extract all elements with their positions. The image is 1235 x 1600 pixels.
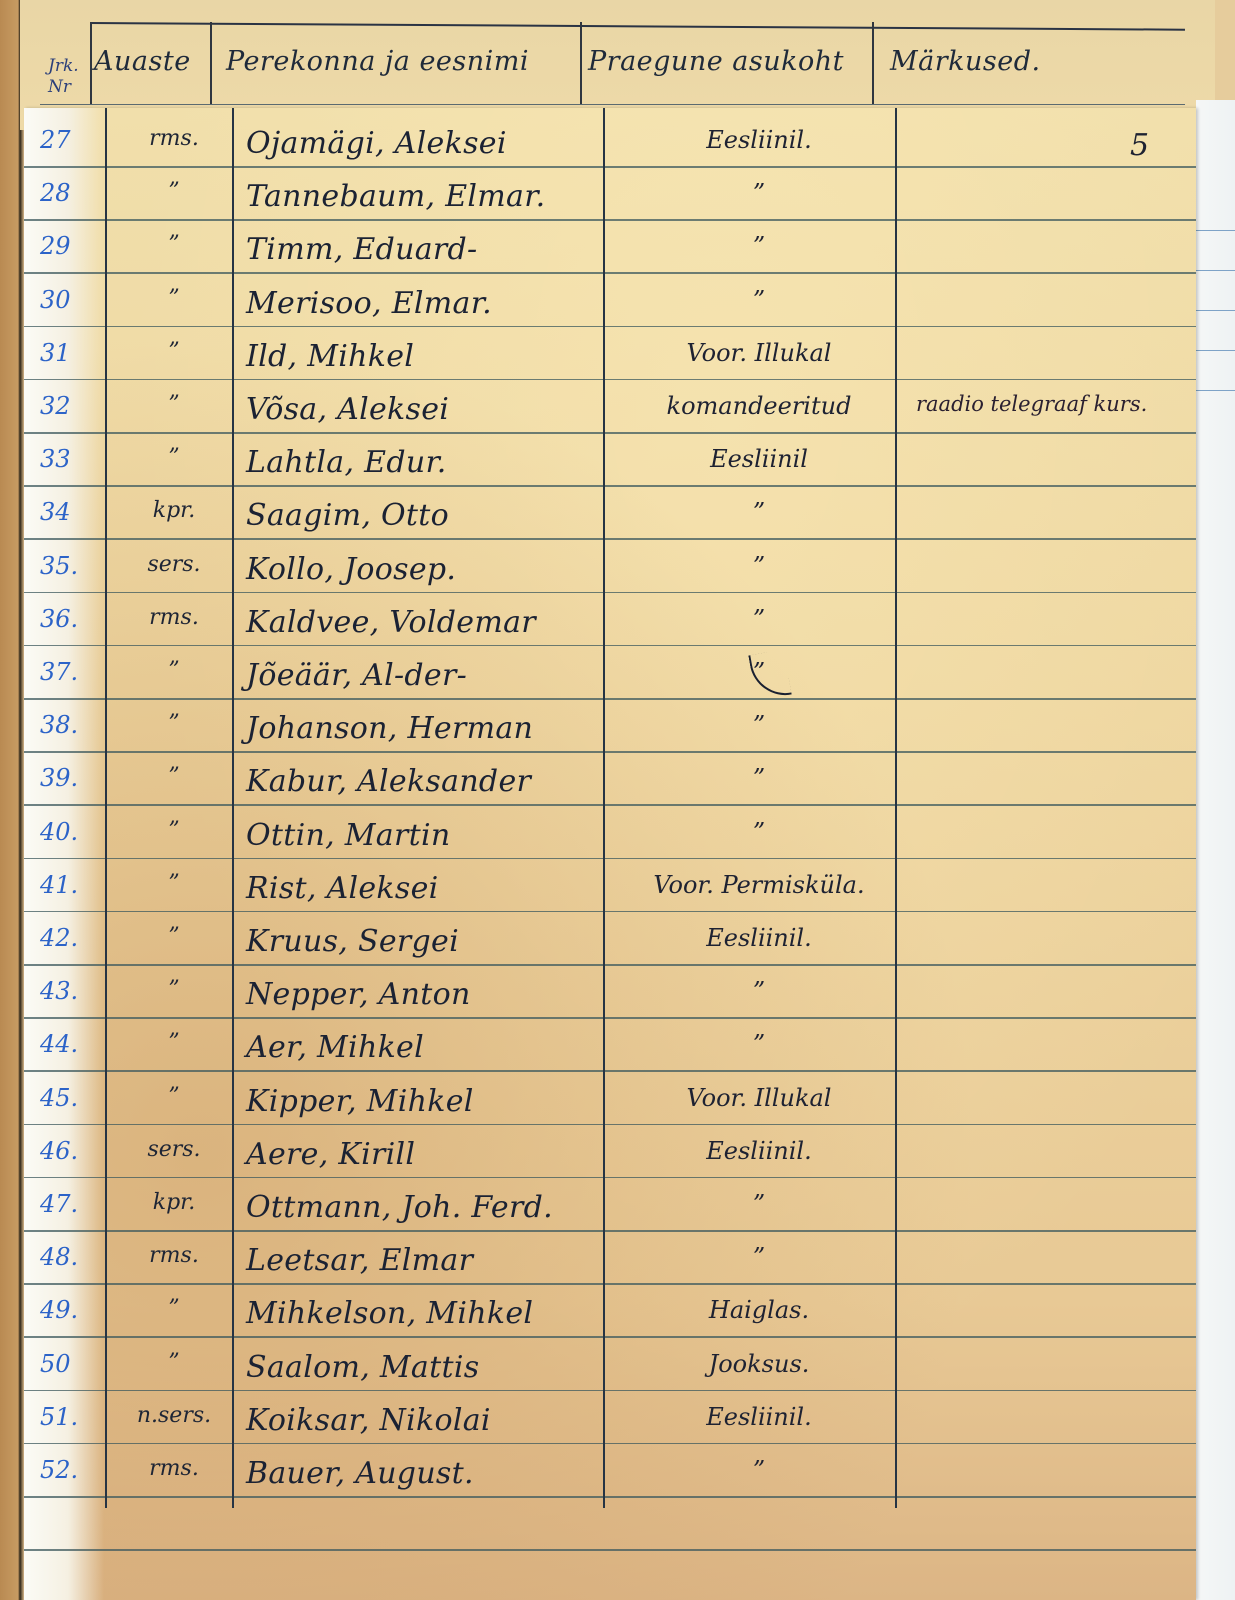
row-number: 30 bbox=[40, 286, 100, 314]
location-cell: Voor. Illukal bbox=[624, 339, 894, 367]
location-cell: ” bbox=[624, 1030, 894, 1058]
rank-cell: ” bbox=[119, 871, 229, 896]
table-row: 32”Võsa, Alekseikomandeeritudraadio tele… bbox=[24, 384, 1196, 437]
name-cell: Rist, Aleksei bbox=[246, 871, 616, 906]
rank-cell: ” bbox=[119, 392, 229, 417]
name-cell: Kollo, Joosep. bbox=[246, 552, 616, 587]
rank-cell: ” bbox=[119, 1030, 229, 1055]
rank-cell: ” bbox=[119, 286, 229, 311]
rank-cell: ” bbox=[119, 977, 229, 1002]
table-row: 36.rms.Kaldvee, Voldemar” bbox=[24, 597, 1196, 650]
header-rank: Auaste bbox=[94, 46, 191, 77]
rank-cell: ” bbox=[119, 658, 229, 683]
table-row: 35.sers.Kollo, Joosep.” bbox=[24, 544, 1196, 597]
row-number: 28 bbox=[40, 179, 100, 207]
row-number: 43. bbox=[40, 977, 100, 1005]
table-row: 43.”Nepper, Anton” bbox=[24, 969, 1196, 1022]
name-cell: Ottin, Martin bbox=[246, 818, 616, 853]
location-cell: ” bbox=[624, 764, 894, 792]
rank-cell: sers. bbox=[119, 1137, 229, 1162]
row-number: 45. bbox=[40, 1084, 100, 1112]
table-row: 49.”Mihkelson, MihkelHaiglas. bbox=[24, 1288, 1196, 1341]
location-cell: ” bbox=[624, 179, 894, 207]
name-cell: Saagim, Otto bbox=[246, 498, 616, 533]
location-cell: Voor. Illukal bbox=[624, 1084, 894, 1112]
table-row: 44.”Aer, Mihkel” bbox=[24, 1022, 1196, 1075]
underlying-page-edge bbox=[1196, 100, 1235, 1600]
table-row: 42.”Kruus, SergeiEesliinil. bbox=[24, 916, 1196, 969]
header-divider bbox=[90, 22, 92, 104]
name-cell: Merisoo, Elmar. bbox=[246, 286, 616, 321]
header-divider bbox=[210, 22, 212, 104]
header-top-rule bbox=[90, 22, 1185, 31]
rank-cell: ” bbox=[119, 818, 229, 843]
page-number: 5 bbox=[1130, 128, 1149, 163]
rank-cell: rms. bbox=[119, 1456, 229, 1481]
rank-cell: ” bbox=[119, 764, 229, 789]
table-row: 46.sers.Aere, KirillEesliinil. bbox=[24, 1129, 1196, 1182]
notes-cell: raadio telegraaf kurs. bbox=[904, 392, 1206, 416]
location-cell: Eesliinil. bbox=[624, 1403, 894, 1431]
row-number: 34 bbox=[40, 498, 100, 526]
name-cell: Bauer, August. bbox=[246, 1456, 616, 1491]
rank-cell: ” bbox=[119, 179, 229, 204]
name-cell: Ild, Mihkel bbox=[246, 339, 616, 374]
header-nr-line2: Nr bbox=[48, 77, 79, 98]
table-row: 33”Lahtla, Edur.Eesliinil bbox=[24, 437, 1196, 490]
row-number: 48. bbox=[40, 1243, 100, 1271]
header-location: Praegune asukoht bbox=[588, 46, 844, 77]
name-cell: Tannebaum, Elmar. bbox=[246, 179, 616, 214]
row-number: 47. bbox=[40, 1190, 100, 1218]
row-number: 38. bbox=[40, 711, 100, 739]
row-rule bbox=[24, 1549, 1196, 1551]
rank-cell: ” bbox=[119, 1350, 229, 1375]
name-cell: Leetsar, Elmar bbox=[246, 1243, 616, 1278]
table-row: 50”Saalom, MattisJooksus. bbox=[24, 1342, 1196, 1395]
rank-cell: ” bbox=[119, 924, 229, 949]
row-number: 41. bbox=[40, 871, 100, 899]
row-number: 36. bbox=[40, 605, 100, 633]
table-row: 30”Merisoo, Elmar.” bbox=[24, 278, 1196, 331]
table-row: 51.n.sers.Koiksar, NikolaiEesliinil. bbox=[24, 1395, 1196, 1448]
table-row: 34kpr.Saagim, Otto” bbox=[24, 490, 1196, 543]
table-row: 48.rms.Leetsar, Elmar” bbox=[24, 1235, 1196, 1288]
table-row: 41.”Rist, AlekseiVoor. Permisküla. bbox=[24, 863, 1196, 916]
rank-cell: n.sers. bbox=[119, 1403, 229, 1428]
name-cell: Saalom, Mattis bbox=[246, 1350, 616, 1385]
location-cell: Eesliinil. bbox=[624, 924, 894, 952]
row-number: 31 bbox=[40, 339, 100, 367]
rank-cell: ” bbox=[119, 339, 229, 364]
row-number: 27 bbox=[40, 126, 100, 154]
table-row: 29”Timm, Eduard-” bbox=[24, 224, 1196, 277]
table-row: 27rms.Ojamägi, AlekseiEesliinil. bbox=[24, 118, 1196, 171]
location-cell: ” bbox=[624, 1243, 894, 1271]
table-row: 45.”Kipper, MihkelVoor. Illukal bbox=[24, 1076, 1196, 1129]
location-cell: ” bbox=[624, 286, 894, 314]
location-cell: ” bbox=[624, 818, 894, 846]
name-cell: Kaldvee, Voldemar bbox=[246, 605, 616, 640]
rank-cell: ” bbox=[119, 232, 229, 257]
location-cell: ” bbox=[624, 605, 894, 633]
location-cell: Voor. Permisküla. bbox=[624, 871, 894, 899]
name-cell: Johanson, Herman bbox=[246, 711, 616, 746]
location-cell: ” bbox=[624, 977, 894, 1005]
row-number: 32 bbox=[40, 392, 100, 420]
table-row: 38.”Johanson, Herman” bbox=[24, 703, 1196, 756]
name-cell: Aere, Kirill bbox=[246, 1137, 616, 1172]
rank-cell: rms. bbox=[119, 1243, 229, 1268]
name-cell: Lahtla, Edur. bbox=[246, 445, 616, 480]
name-cell: Timm, Eduard- bbox=[246, 232, 616, 267]
rank-cell: kpr. bbox=[119, 1190, 229, 1215]
header-notes: Märkused. bbox=[890, 46, 1041, 77]
location-cell: Eesliinil. bbox=[624, 1137, 894, 1165]
location-cell: ” bbox=[624, 498, 894, 526]
location-cell: ” bbox=[624, 232, 894, 260]
row-number: 42. bbox=[40, 924, 100, 952]
row-number: 40. bbox=[40, 818, 100, 846]
location-cell: Jooksus. bbox=[624, 1350, 894, 1378]
rank-cell: sers. bbox=[119, 552, 229, 577]
rank-cell: rms. bbox=[119, 605, 229, 630]
row-number: 52. bbox=[40, 1456, 100, 1484]
rank-cell: ” bbox=[119, 445, 229, 470]
row-number: 37. bbox=[40, 658, 100, 686]
name-cell: Ottmann, Joh. Ferd. bbox=[246, 1190, 616, 1225]
name-cell: Koiksar, Nikolai bbox=[246, 1403, 616, 1438]
row-number: 39. bbox=[40, 764, 100, 792]
header-divider bbox=[580, 22, 582, 104]
name-cell: Jõeäär, Al-der- bbox=[246, 658, 616, 693]
row-number: 29 bbox=[40, 232, 100, 260]
table-row: 39.”Kabur, Aleksander” bbox=[24, 756, 1196, 809]
header-name: Perekonna ja eesnimi bbox=[226, 46, 529, 77]
rank-cell: rms. bbox=[119, 126, 229, 151]
name-cell: Kipper, Mihkel bbox=[246, 1084, 616, 1119]
location-cell: Eesliinil. bbox=[624, 126, 894, 154]
rank-cell: ” bbox=[119, 711, 229, 736]
name-cell: Aer, Mihkel bbox=[246, 1030, 616, 1065]
location-cell: komandeeritud bbox=[624, 392, 894, 420]
header-nr-line1: Jrk. bbox=[48, 56, 79, 77]
header-divider bbox=[872, 22, 874, 104]
name-cell: Mihkelson, Mihkel bbox=[246, 1296, 616, 1331]
row-number: 50 bbox=[40, 1350, 100, 1378]
table-row: 28”Tannebaum, Elmar.” bbox=[24, 171, 1196, 224]
row-number: 49. bbox=[40, 1296, 100, 1324]
location-cell: ” bbox=[624, 1456, 894, 1484]
location-cell: Haiglas. bbox=[624, 1296, 894, 1324]
header-bottom-rule bbox=[40, 104, 1185, 105]
row-number: 44. bbox=[40, 1030, 100, 1058]
table-row: 31”Ild, MihkelVoor. Illukal bbox=[24, 331, 1196, 384]
table-row: 47.kpr.Ottmann, Joh. Ferd.” bbox=[24, 1182, 1196, 1235]
rank-cell: ” bbox=[119, 1296, 229, 1321]
header-nr: Jrk. Nr bbox=[48, 56, 79, 98]
table-row: 52.rms.Bauer, August.” bbox=[24, 1448, 1196, 1501]
row-number: 33 bbox=[40, 445, 100, 473]
location-cell: ” bbox=[624, 552, 894, 580]
name-cell: Ojamägi, Aleksei bbox=[246, 126, 616, 161]
table-row: 37.”Jõeäär, Al-der-” bbox=[24, 650, 1196, 703]
name-cell: Kabur, Aleksander bbox=[246, 764, 616, 799]
location-cell: ” bbox=[624, 711, 894, 739]
row-number: 35. bbox=[40, 552, 100, 580]
name-cell: Nepper, Anton bbox=[246, 977, 616, 1012]
rank-cell: kpr. bbox=[119, 498, 229, 523]
location-cell: Eesliinil bbox=[624, 445, 894, 473]
name-cell: Kruus, Sergei bbox=[246, 924, 616, 959]
row-number: 51. bbox=[40, 1403, 100, 1431]
row-number: 46. bbox=[40, 1137, 100, 1165]
rank-cell: ” bbox=[119, 1084, 229, 1109]
location-cell: ” bbox=[624, 1190, 894, 1218]
name-cell: Võsa, Aleksei bbox=[246, 392, 616, 427]
table-row: 40.”Ottin, Martin” bbox=[24, 810, 1196, 863]
